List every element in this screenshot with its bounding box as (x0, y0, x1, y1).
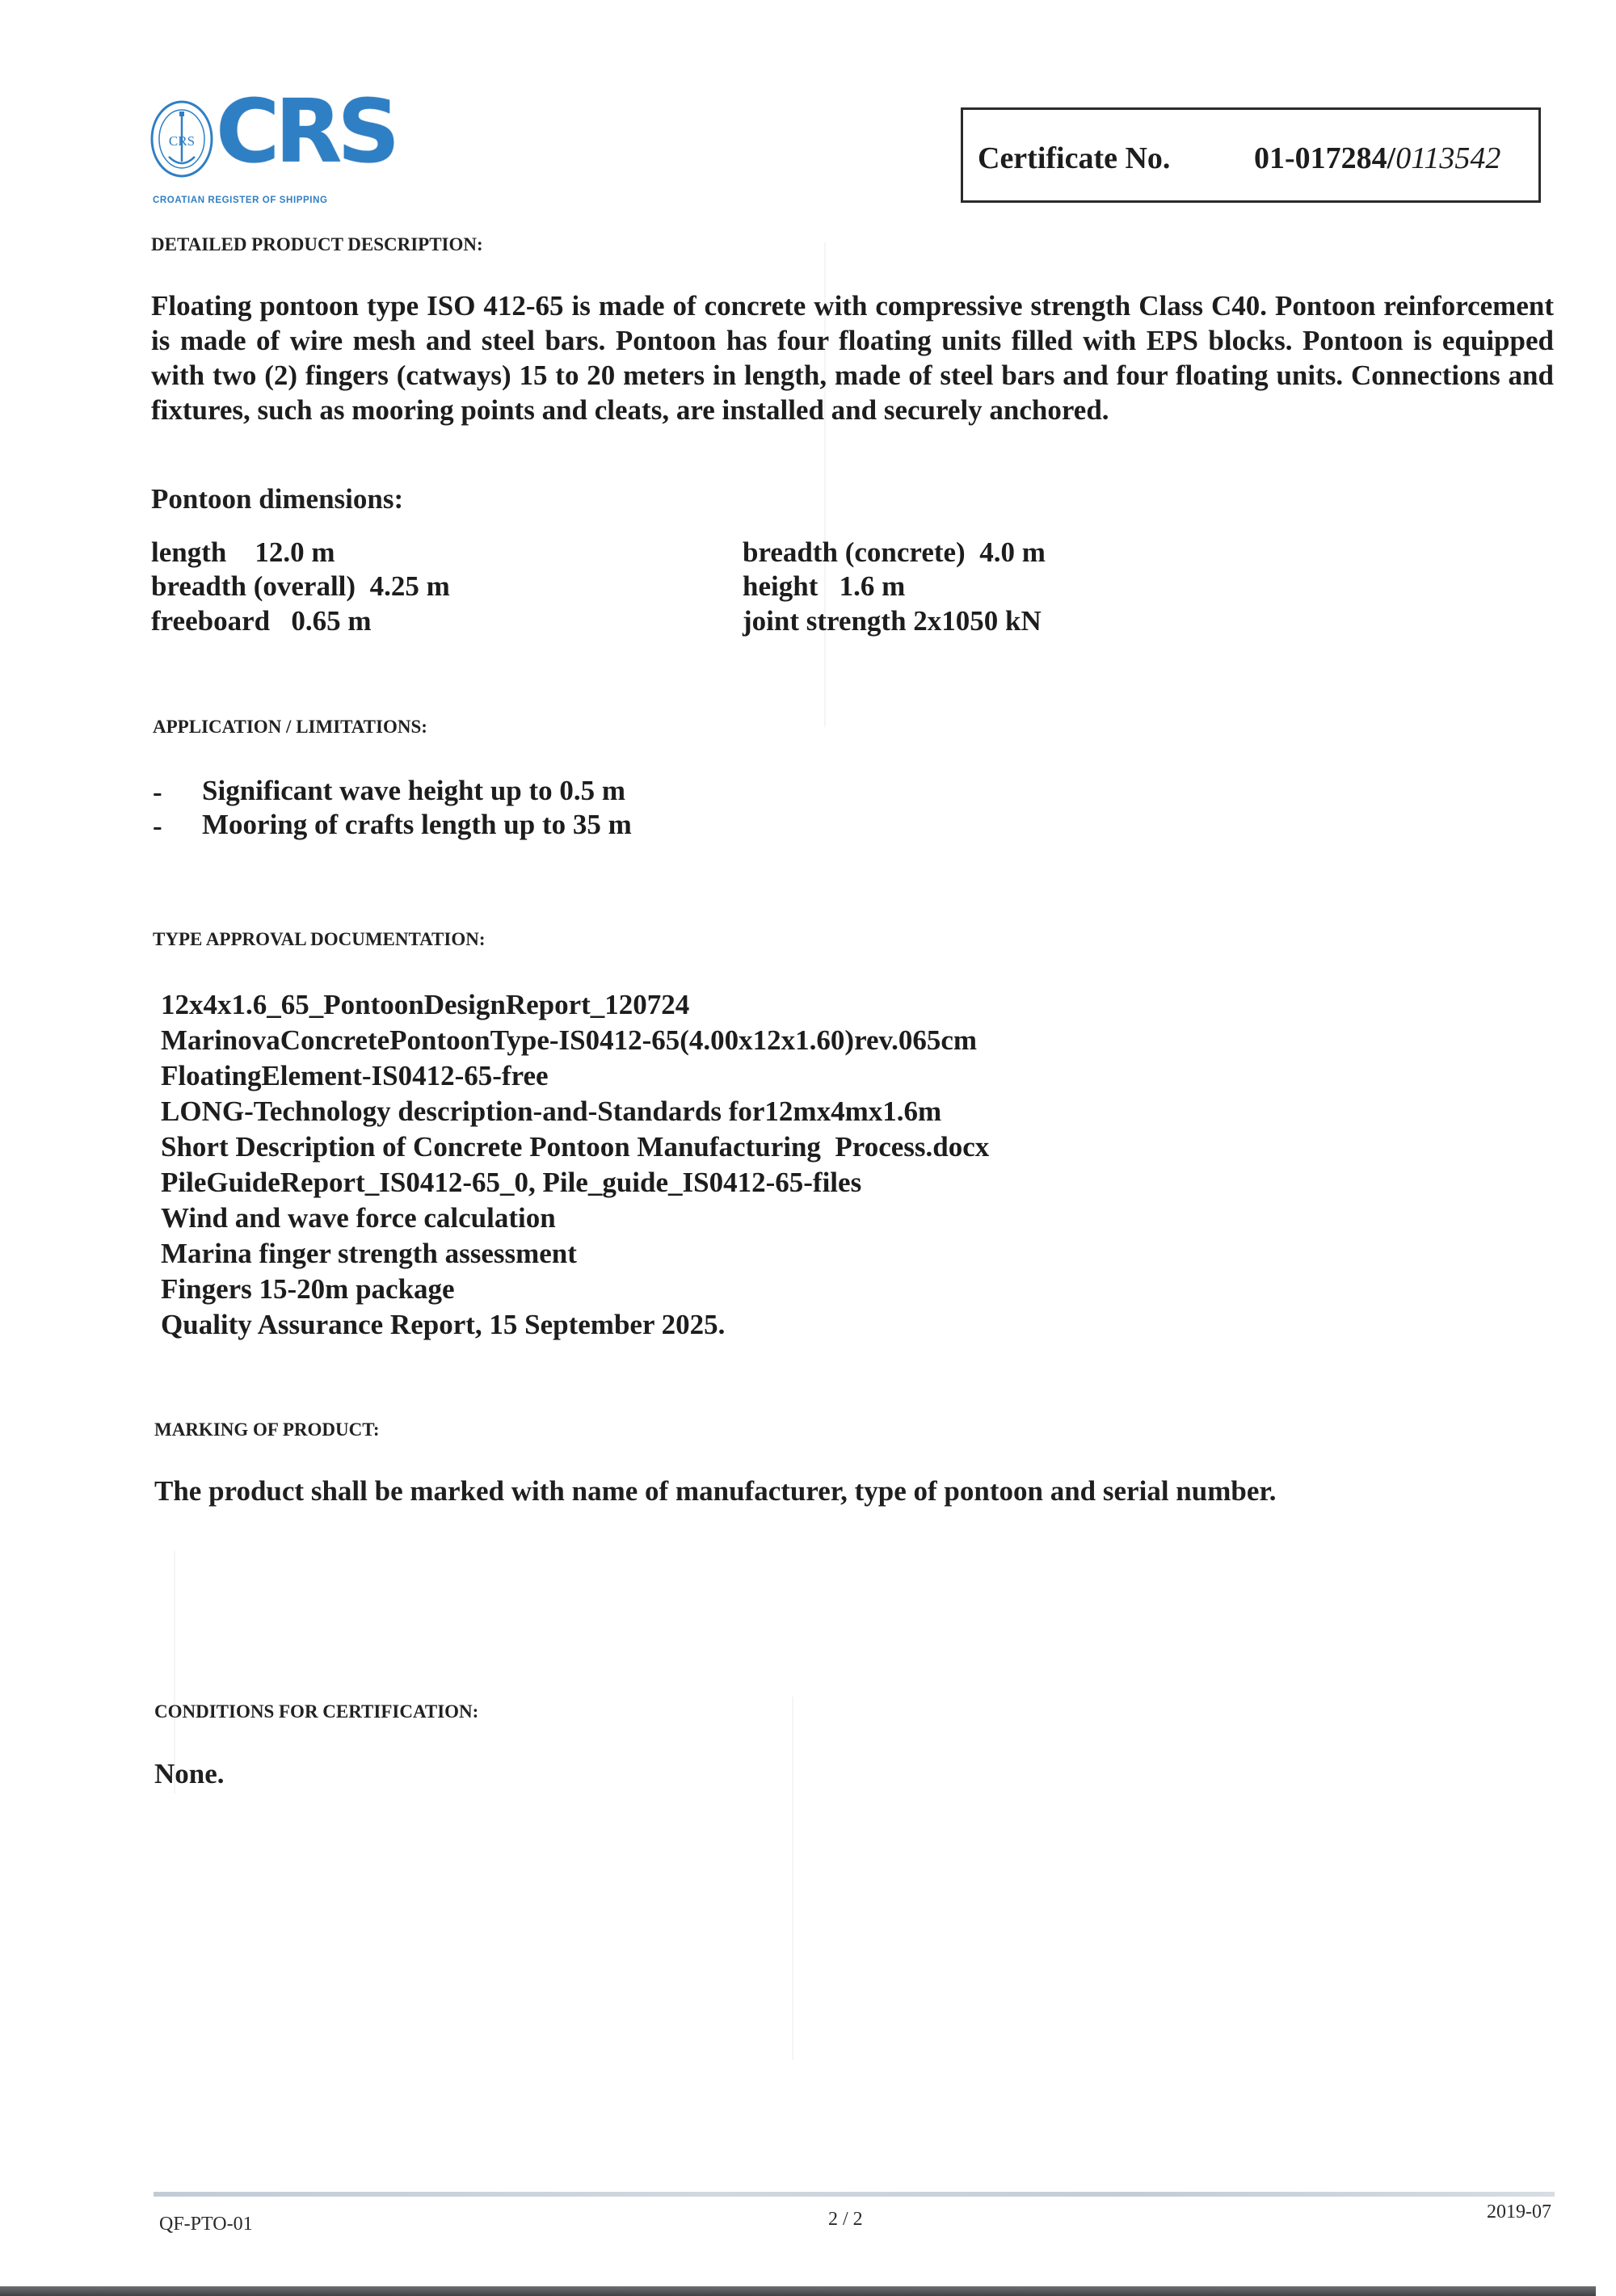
dimension-freeboard: freeboard 0.65 m (151, 604, 372, 638)
documentation-item: Quality Assurance Report, 15 September 2… (161, 1309, 725, 1341)
bullet-dash: - (153, 810, 162, 843)
section-heading-documentation: TYPE APPROVAL DOCUMENTATION: (153, 929, 485, 950)
documentation-item: PileGuideReport_IS0412-65_0, Pile_guide_… (161, 1167, 861, 1199)
certificate-number-suffix: 0113542 (1395, 141, 1500, 175)
section-heading-description: DETAILED PRODUCT DESCRIPTION: (151, 234, 483, 255)
anchor-seal-icon: CRS (149, 99, 214, 179)
brand-subtitle: CROATIAN REGISTER OF SHIPPING (153, 196, 328, 205)
certificate-number-box: Certificate No. 01-017284/0113542 (961, 107, 1541, 203)
section-heading-marking: MARKING OF PRODUCT: (154, 1419, 380, 1440)
brand-wordmark: CRS (216, 89, 395, 176)
certificate-number: 01-017284/0113542 (1254, 141, 1500, 176)
scan-edge (0, 2286, 1596, 2296)
crs-logo: CRS CRS CROATIAN REGISTER OF SHIPPING (149, 95, 392, 208)
documentation-item: 12x4x1.6_65_PontoonDesignReport_120724 (161, 989, 689, 1021)
footer-form-code: QF-PTO-01 (159, 2214, 253, 2235)
dimensions-heading: Pontoon dimensions: (151, 483, 403, 515)
conditions-text: None. (154, 1758, 225, 1790)
svg-text:CRS: CRS (169, 133, 195, 149)
dimension-length: length 12.0 m (151, 536, 335, 570)
footer-revision: 2019-07 (1487, 2201, 1551, 2223)
documentation-item: LONG-Technology description-and-Standard… (161, 1095, 941, 1128)
documentation-item: Marina finger strength assessment (161, 1238, 577, 1270)
documentation-item: Fingers 15-20m package (161, 1273, 455, 1306)
documentation-item: FloatingElement-IS0412-65-free (161, 1060, 549, 1092)
section-heading-application: APPLICATION / LIMITATIONS: (153, 717, 427, 738)
dimension-joint-strength: joint strength 2x1050 kN (743, 604, 1042, 638)
documentation-item: Wind and wave force calculation (161, 1202, 556, 1234)
documentation-item: MarinovaConcretePontoonType-IS0412-65(4.… (161, 1024, 977, 1057)
limitation-item: Significant wave height up to 0.5 m (202, 775, 625, 807)
footer-page-number: 2 / 2 (828, 2209, 863, 2231)
scan-artifact (792, 1697, 793, 2060)
limitation-item: Mooring of crafts length up to 35 m (202, 809, 632, 841)
certificate-number-prefix: 01-017284/ (1254, 141, 1395, 175)
footer-divider (154, 2192, 1555, 2197)
bullet-dash: - (153, 776, 162, 809)
dimension-height: height 1.6 m (743, 570, 905, 603)
dimension-breadth-concrete: breadth (concrete) 4.0 m (743, 536, 1046, 570)
scan-artifact (174, 1551, 175, 1793)
documentation-item: Short Description of Concrete Pontoon Ma… (161, 1131, 989, 1163)
certificate-label: Certificate No. (978, 141, 1170, 176)
marking-text: The product shall be marked with name of… (154, 1475, 1276, 1508)
section-heading-conditions: CONDITIONS FOR CERTIFICATION: (154, 1701, 478, 1722)
description-paragraph: Floating pontoon type ISO 412-65 is made… (151, 288, 1554, 427)
dimension-breadth-overall: breadth (overall) 4.25 m (151, 570, 450, 603)
